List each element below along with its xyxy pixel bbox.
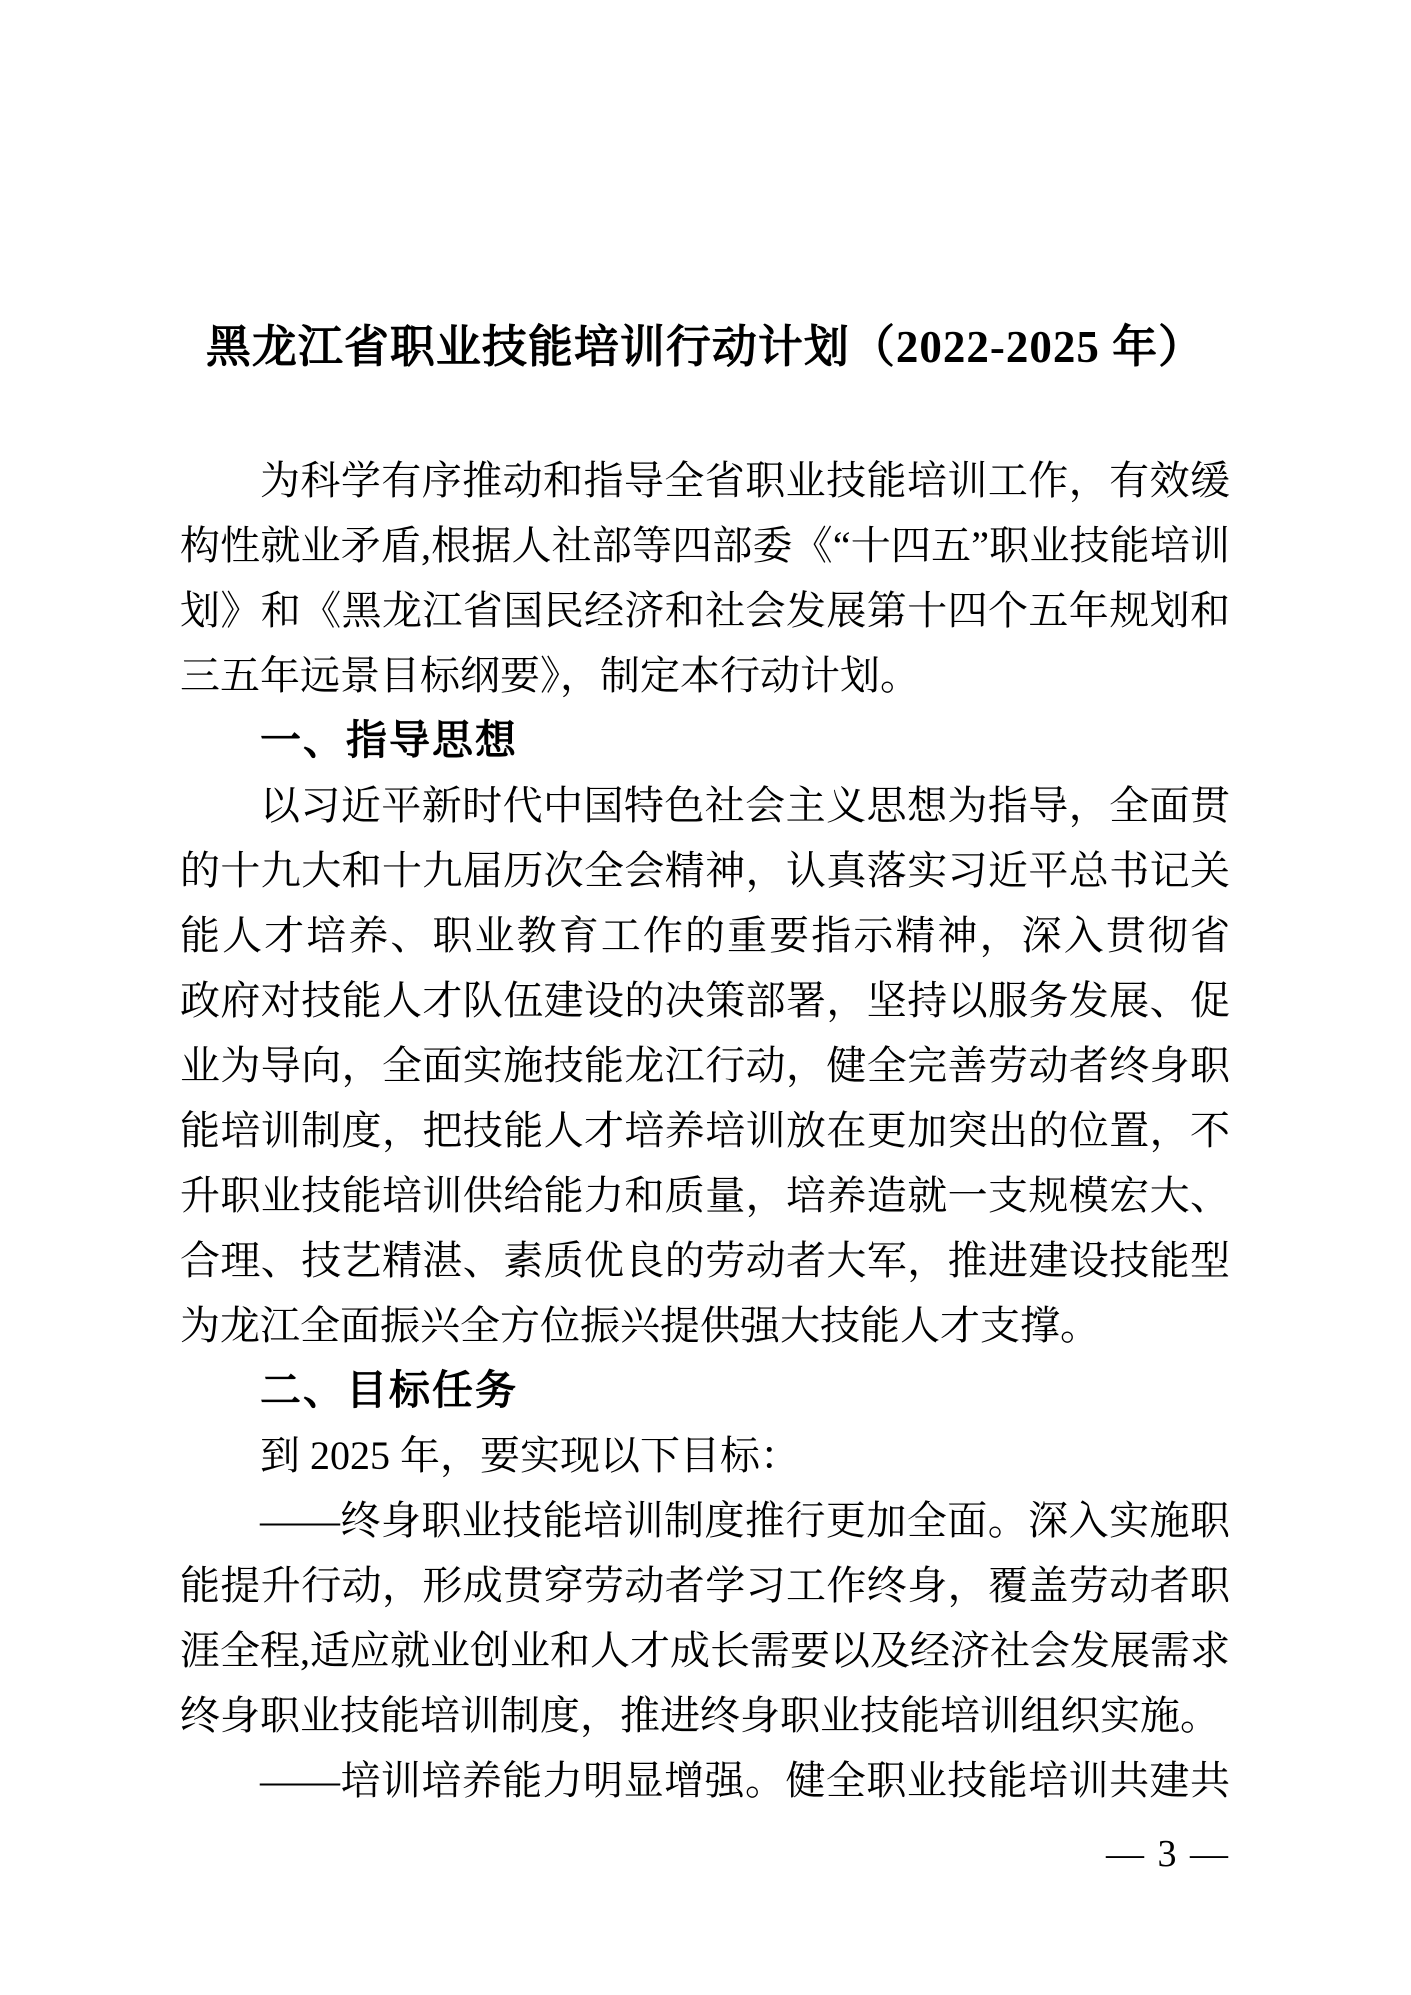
body-line: ——终身职业技能培训制度推行更加全面。深入实施职业技 [180,1488,1230,1553]
document-page: 黑龙江省职业技能培训行动计划（2022-2025 年） 为科学有序推动和指导全省… [0,0,1411,1995]
body-line: 政府对技能人才队伍建设的决策部署，坚持以服务发展、促进就 [180,968,1230,1033]
body-line: 涯全程,适应就业创业和人才成长需要以及经济社会发展需求的 [180,1618,1230,1683]
section-heading-1: 一、指导思想 [180,708,1230,773]
body-line: 以习近平新时代中国特色社会主义思想为指导，全面贯彻党 [180,773,1230,838]
body-line: 终身职业技能培训制度，推进终身职业技能培训组织实施。 [180,1683,1230,1748]
body-line: 三五年远景目标纲要》，制定本行动计划。 [180,643,1230,708]
document-body: 为科学有序推动和指导全省职业技能培训工作，有效缓解结 构性就业矛盾,根据人社部等… [180,448,1230,1813]
body-line: 为科学有序推动和指导全省职业技能培训工作，有效缓解结 [180,448,1230,513]
body-line: 的十九大和十九届历次全会精神，认真落实习近平总书记关于技 [180,838,1230,903]
body-line: 到 2025 年，要实现以下目标： [180,1423,1230,1488]
body-line: 构性就业矛盾,根据人社部等四部委《“十四五”职业技能培训规 [180,513,1230,578]
body-line: 能提升行动，形成贯穿劳动者学习工作终身，覆盖劳动者职业生 [180,1553,1230,1618]
body-line: 为龙江全面振兴全方位振兴提供强大技能人才支撑。 [180,1293,1230,1358]
body-line: 合理、技艺精湛、素质优良的劳动者大军，推进建设技能型社会， [180,1228,1230,1293]
body-line: 能人才培养、职业教育工作的重要指示精神，深入贯彻省委、省 [180,903,1230,968]
section-heading-2: 二、目标任务 [180,1358,1230,1423]
body-line: 能培训制度，把技能人才培养培训放在更加突出的位置，不断提 [180,1098,1230,1163]
body-line: 业为导向，全面实施技能龙江行动，健全完善劳动者终身职业技 [180,1033,1230,1098]
document-title: 黑龙江省职业技能培训行动计划（2022-2025 年） [180,315,1230,380]
body-line: 升职业技能培训供给能力和质量，培养造就一支规模宏大、结构 [180,1163,1230,1228]
page-number: — 3 — [180,1822,1230,1887]
body-line: 划》和《黑龙江省国民经济和社会发展第十四个五年规划和二〇 [180,578,1230,643]
body-line: ——培训培养能力明显增强。健全职业技能培训共建共享机 [180,1748,1230,1813]
